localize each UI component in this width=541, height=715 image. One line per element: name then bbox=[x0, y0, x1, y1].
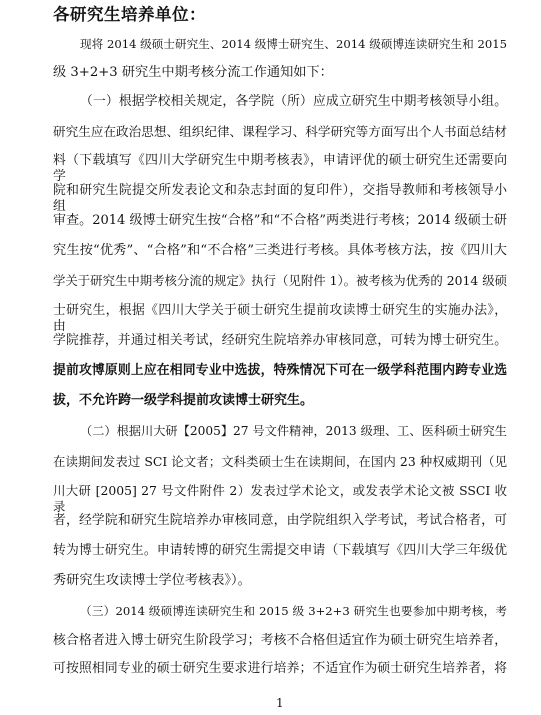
body-line-emphasis: 提前攻博原则上应在相同专业中选拔，特殊情况下可在一级学科范围内跨专业选 bbox=[53, 363, 507, 379]
body-line: 学院推荐，并通过相关考试，经研究生院培养办审核同意，可转为博士研究生。 bbox=[53, 333, 507, 349]
body-line: 核合格者进入博士研究生阶段学习；考核不合格但适宜作为硕士研究生培养者， bbox=[53, 633, 507, 649]
body-line: 研究生应在政治思想、组织纪律、课程学习、科学研究等方面写出个人书面总结材 bbox=[53, 124, 507, 140]
body-line: 现将 2014 级硕士研究生、2014 级博士研究生、2014 级硕博连读研究生… bbox=[80, 36, 507, 52]
body-line: 者，经学院和研究生院培养办审核同意，由学院组织入学考试，考试合格者，可 bbox=[53, 513, 507, 529]
document-page: 各研究生培养单位： 现将 2014 级硕士研究生、2014 级博士研究生、201… bbox=[0, 0, 541, 715]
body-line: 学关于研究生中期考核分流的规定》执行（见附件 1）。被考核为优秀的 2014 级… bbox=[53, 273, 507, 289]
body-line: （三）2014 级硕博连读研究生和 2015 级 3+2+3 研究生也要参加中期… bbox=[80, 603, 507, 619]
body-line: 在读期间发表过 SCI 论文者；文科类硕士生在读期间，在国内 23 种权威期刊（… bbox=[53, 454, 507, 470]
body-line: 院和研究生院提交所发表论文和杂志封面的复印件），交指导教师和考核领导小组 bbox=[53, 183, 507, 199]
body-line: （一）根据学校相关规定，各学院（所）应成立研究生中期考核领导小组。 bbox=[80, 94, 507, 110]
salutation-heading: 各研究生培养单位： bbox=[53, 1, 206, 25]
body-line: 审查。2014 级博士研究生按“合格”和“不合格”两类进行考核；2014 级硕士… bbox=[53, 213, 507, 229]
body-line: （二）根据川大研【2005】27 号文件精神，2013 级理、工、医科硕士研究生 bbox=[80, 423, 507, 439]
body-line: 秀研究生攻读博士学位考核表》）。 bbox=[53, 573, 507, 589]
body-line: 士研究生，根据《四川大学关于硕士研究生提前攻读博士研究生的实施办法》，由 bbox=[53, 303, 507, 319]
page-number: 1 bbox=[276, 696, 284, 710]
body-line: 转为博士研究生。申请转博的研究生需提交申请（下载填写《四川大学三年级优 bbox=[53, 543, 507, 559]
body-line: 川大研 [2005] 27 号文件附件 2）发表过学术论文，或发表学术论文被 S… bbox=[53, 483, 507, 499]
body-line: 料（下载填写《四川大学研究生中期考核表》，申请评优的硕士研究生还需要向学 bbox=[53, 153, 507, 169]
body-line: 级 3+2+3 研究生中期考核分流工作通知如下： bbox=[53, 65, 507, 81]
body-line: 可按照相同专业的硕士研究生要求进行培养；不适宜作为硕士研究生培养者，将 bbox=[53, 661, 507, 677]
body-line: 究生按“优秀”、“合格”和“不合格”三类进行考核。具体考核方法，按《四川大 bbox=[53, 243, 507, 259]
body-line-emphasis: 拔，不允许跨一级学科提前攻读博士研究生。 bbox=[53, 393, 507, 409]
